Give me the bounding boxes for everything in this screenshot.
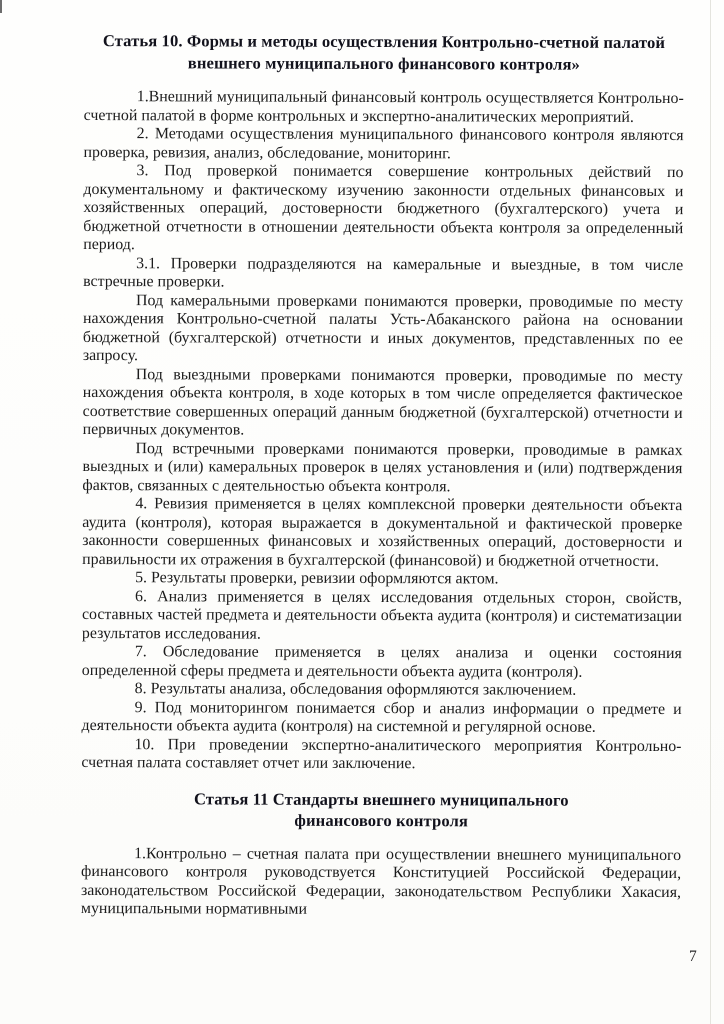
article-11-heading: Статья 11 Стандарты внешнего муниципальн… [81, 787, 681, 832]
heading-line: Статья 10. Формы и методы осуществления … [84, 30, 684, 54]
paragraph: Под камеральными проверками понимаются п… [83, 291, 683, 367]
paragraph: 2. Методами осуществления муниципального… [84, 125, 684, 164]
paragraph: 3. Под проверкой понимается совершение к… [83, 162, 683, 257]
paragraph: Под встречными проверками понимаются про… [82, 439, 682, 497]
heading-line: Статья 11 Стандарты внешнего муниципальн… [81, 787, 681, 811]
heading-line: финансового контроля [81, 809, 681, 833]
paragraph: 3.1. Проверки подразделяются на камераль… [83, 254, 683, 293]
paragraph: 5. Результаты проверки, ревизии оформляю… [82, 569, 682, 590]
scan-artifact-corner [0, 0, 2, 13]
document-content: Статья 10. Формы и методы осуществления … [81, 30, 684, 921]
article-11-paragraphs: 1.Контрольно – счетная палата при осущес… [81, 844, 681, 920]
paragraph: 4. Ревизия применяется в целях комплексн… [82, 495, 682, 571]
page-number: 7 [689, 948, 697, 966]
document-page: Статья 10. Формы и методы осуществления … [0, 0, 724, 1024]
paragraph: 8. Результаты анализа, обследования офор… [82, 680, 682, 701]
paragraph: 1.Внешний муниципальный финансовый контр… [84, 88, 684, 127]
paragraph: 6. Анализ применяется в целях исследован… [82, 587, 682, 645]
article-10-paragraphs: 1.Внешний муниципальный финансовый контр… [81, 88, 683, 775]
paragraph: 9. Под мониторингом понимается сбор и ан… [82, 698, 682, 737]
article-10-heading: Статья 10. Формы и методы осуществления … [84, 30, 684, 75]
page-edge-shadow [710, 0, 711, 1024]
paragraph: Под выездными проверками понимаются пров… [83, 365, 683, 441]
paragraph: 1.Контрольно – счетная палата при осущес… [81, 844, 681, 920]
paragraph: 7. Обследование применяется в целях анал… [82, 643, 682, 682]
heading-line: внешнего муниципального финансового конт… [84, 51, 684, 75]
paragraph: 10. При проведении экспертно-аналитическ… [81, 735, 681, 774]
